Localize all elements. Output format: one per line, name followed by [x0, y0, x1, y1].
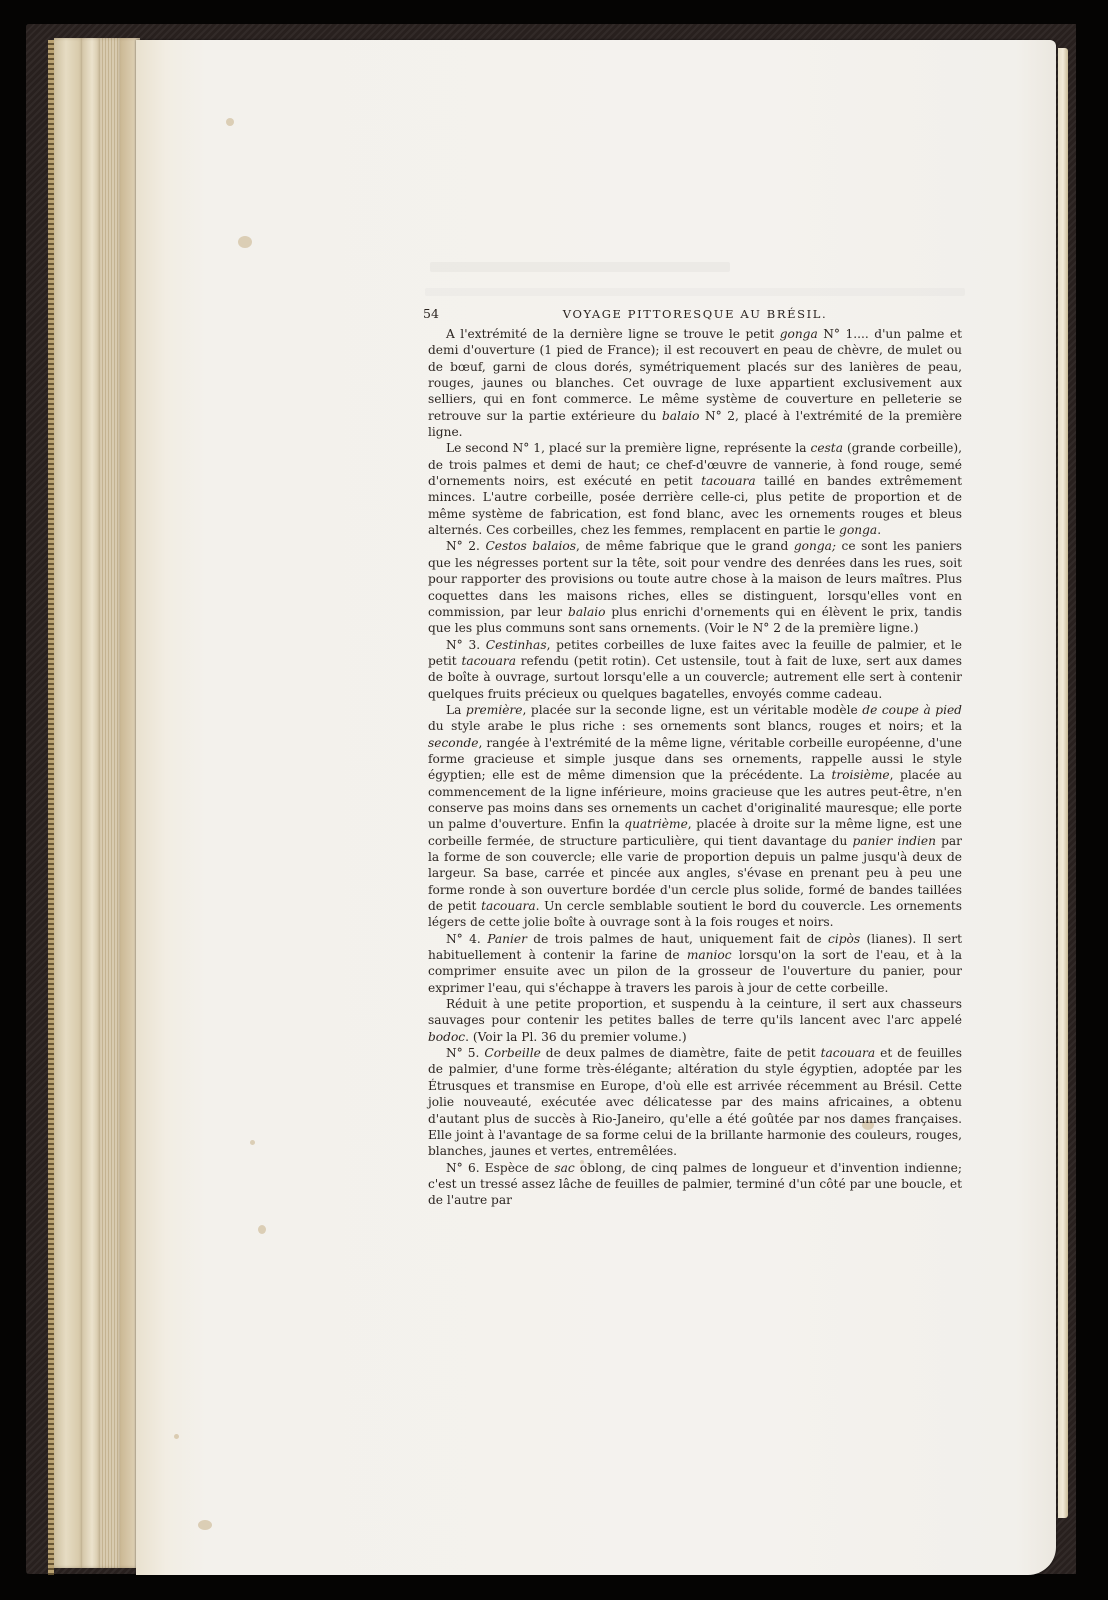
text-run: N° 3. [446, 638, 486, 652]
paragraph: N° 4. Panier de trois palmes de haut, un… [428, 931, 962, 996]
italic-term: bodoc [428, 1030, 465, 1044]
italic-term: sac [554, 1161, 574, 1175]
italic-term: gonga [780, 327, 818, 341]
text-run: N° 5. [446, 1046, 484, 1060]
paragraph: N° 5. Corbeille de deux palmes de diamèt… [428, 1045, 962, 1159]
foxing-spot [250, 1140, 255, 1145]
text-run: N° 2. [446, 539, 485, 553]
paragraph: Réduit à une petite proportion, et suspe… [428, 996, 962, 1045]
paragraph: N° 3. Cestinhas, petites corbeilles de l… [428, 637, 962, 702]
text-run: . (Voir la Pl. 36 du premier volume.) [465, 1030, 687, 1044]
italic-term: quatrième [624, 817, 688, 831]
running-head: VOYAGE PITTORESQUE AU BRÉSIL. [428, 306, 962, 322]
text-run: du style arabe le plus riche : ses ornem… [428, 719, 962, 733]
text-run: La [446, 703, 466, 717]
paragraph: La première, placée sur la seconde ligne… [428, 702, 962, 931]
italic-term: balaio [662, 409, 699, 423]
bleed-through-ghost [430, 262, 730, 272]
italic-term: tacouara [701, 474, 756, 488]
foxing-spot [258, 1225, 266, 1234]
text-run: Le second N° 1, placé sur la première li… [446, 441, 811, 455]
italic-term: gonga; [794, 539, 836, 553]
page-stack-edge [100, 38, 122, 1568]
text-run: A l'extrémité de la dernière ligne se tr… [446, 327, 780, 341]
italic-term: cipòs [828, 932, 860, 946]
italic-term: Cestinhas [486, 638, 547, 652]
text-run: , de même fabrique que le grand [576, 539, 794, 553]
page-fore-edge [1058, 48, 1068, 1518]
text-run: et de feuilles de palmier, d'une forme t… [428, 1046, 962, 1158]
text-run: , placée sur la seconde ligne, est un vé… [522, 703, 862, 717]
bleed-through-ghost [425, 288, 965, 296]
foxing-spot [198, 1520, 212, 1530]
text-run: de deux palmes de diamètre, faite de pet… [541, 1046, 821, 1060]
italic-term: tacouara [821, 1046, 876, 1060]
foxing-spot [238, 236, 252, 248]
italic-term: première [466, 703, 523, 717]
italic-term: tacouara [461, 654, 516, 668]
text-run: . [877, 523, 881, 537]
text-run: N° 4. [446, 932, 487, 946]
paragraph: A l'extrémité de la dernière ligne se tr… [428, 326, 962, 440]
italic-term: troisième [832, 768, 890, 782]
paragraph: Le second N° 1, placé sur la première li… [428, 440, 962, 538]
body-paragraphs: A l'extrémité de la dernière ligne se tr… [428, 326, 962, 1209]
italic-term: Panier [487, 932, 527, 946]
italic-term: Corbeille [484, 1046, 540, 1060]
paragraph: N° 2. Cestos balaios, de même fabrique q… [428, 538, 962, 636]
text-run: Réduit à une petite proportion, et suspe… [428, 997, 962, 1027]
paragraph: N° 6. Espèce de sac oblong, de cinq palm… [428, 1160, 962, 1209]
page-stack-edge [54, 38, 84, 1568]
italic-term: cesta [811, 441, 843, 455]
page-stack-edge [82, 38, 102, 1568]
italic-term: Cestos balaios [485, 539, 576, 553]
foxing-spot [226, 118, 234, 126]
italic-term: gonga [839, 523, 877, 537]
italic-term: de coupe à pied [862, 703, 962, 717]
italic-term: balaio [568, 605, 605, 619]
text-run: de trois palmes de haut, uniquement fait… [527, 932, 828, 946]
italic-term: seconde [428, 736, 479, 750]
italic-term: panier indien [852, 834, 936, 848]
foxing-spot [174, 1434, 179, 1439]
text-run: N° 6. Espèce de [446, 1161, 554, 1175]
italic-term: manioc [687, 948, 732, 962]
page-header: 54 VOYAGE PITTORESQUE AU BRÉSIL. [428, 306, 962, 324]
page-text-block: 54 VOYAGE PITTORESQUE AU BRÉSIL. A l'ext… [428, 306, 962, 1209]
italic-term: tacouara [481, 899, 536, 913]
